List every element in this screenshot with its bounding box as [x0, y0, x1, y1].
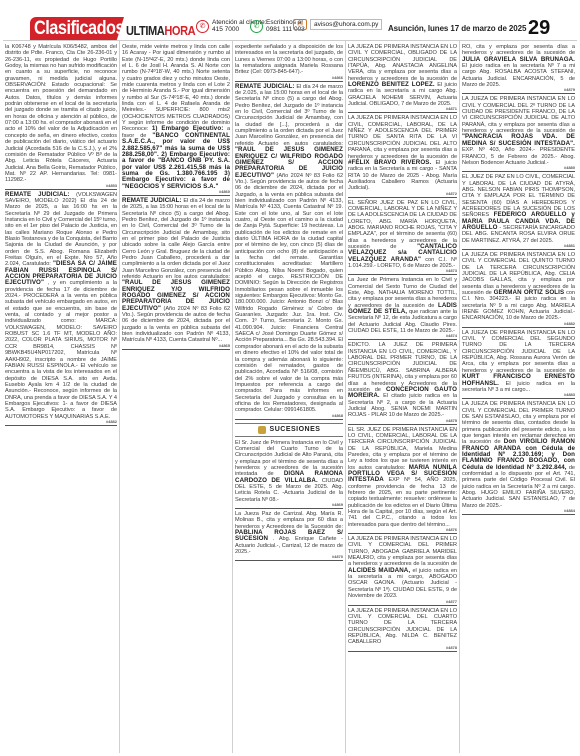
sucesiones-section-header: SUCESIONES: [235, 423, 343, 437]
column-3: expediente señalado y a disposición de l…: [233, 41, 346, 753]
notice-code: #4877: [348, 600, 457, 604]
classified-notice: REMATE JUDICIAL: El día 24 de marzo de 2…: [235, 83, 343, 420]
column-5: RO, cita y emplaza por sesenta días a he…: [460, 41, 577, 753]
column-2: Oeste, mide veinte metros y linda con ca…: [120, 41, 233, 753]
notice-body: LA JUEZA DE PRIMERA INSTANCIA EN LO CIVI…: [348, 115, 457, 159]
notice-text: LA JUEZA DE PRIMERA INSTANCIA EN LO CIVI…: [462, 330, 575, 393]
notice-bold-name: REMATE JUDICIAL:: [235, 83, 295, 90]
notice-body: Oeste, mide veinte metros y linda con ca…: [122, 44, 230, 132]
classifieds-columns: la K06748 y Matrícula K06/5482, ambos de…: [3, 41, 577, 753]
envelope-icon: ✉: [293, 19, 307, 30]
notice-code: #4884: [462, 509, 575, 513]
phone-icon: ✆: [196, 20, 209, 33]
notice-text: La Juez de Primera Instancia en lo Civil…: [348, 277, 457, 334]
notice-code: #4883: [462, 393, 575, 397]
notice-code: #4870: [235, 555, 343, 559]
classified-notice: REMATE JUDICIAL: (VOLKSWAGEN SAVEIRO, MO…: [5, 191, 117, 426]
notice-bold-name: GERMAN ORTIZ SOLIS: [494, 289, 565, 296]
notice-text: EL SR. JUEZ DE PRIMERA INSTANCIA EN LO C…: [348, 427, 457, 529]
notice-body: La Jueza Paz de Carrizal. Abg. María R. …: [235, 511, 343, 530]
notice-code: #4874: [348, 334, 457, 338]
classified-notice: La Juez de Primera Instancia en lo Civil…: [348, 276, 457, 340]
notice-text: LA JUEZA DE PRIMERA INSTANCIA EN LO CIVI…: [348, 608, 457, 646]
notice-bold-name: "BANCO CONTINENTAL S.A.E.C.A., por valor…: [122, 132, 230, 190]
classified-notice: La Jueza Paz de Carrizal. Abg. María R. …: [235, 510, 343, 561]
notice-code: #4860: [122, 190, 230, 194]
notice-body: LA JUEZA DE PRIMERA INSTANCIA EN LO CIVI…: [462, 330, 575, 374]
notice-text: EL SEÑOR JUEZ DE PAZ EN LO CIVIL, COMERC…: [348, 200, 457, 270]
notice-body: El día 24 de marzo de 2025, a las 15:00 …: [122, 198, 230, 280]
notice-body: LA JUEZA DE PRIMERA INSTANCIA EN LO CIVI…: [348, 536, 457, 567]
classified-notice: RO, cita y emplaza por sesenta días a he…: [462, 43, 575, 94]
notice-body: (Año 2024 Nº 83 Folio 62 Vto.). Según pr…: [235, 173, 343, 414]
dateline: Asunción, lunes 17 de marzo de 2025: [388, 24, 526, 33]
notice-text: El Sr. Juez de Primera Instancia en lo C…: [235, 440, 343, 503]
notice-text: EDICTO. LA JUEZ DE PRIMERA INSTANCIA EN …: [348, 342, 457, 418]
classified-notice: LA JUEZA DE PRIMERA INSTANCIA EN LO CIVI…: [462, 329, 575, 399]
notice-text: Oeste, mide veinte metros y linda con ca…: [122, 44, 230, 190]
notice-code: #4866: [235, 76, 343, 80]
notice-code: #4879: [462, 88, 575, 92]
notice-text: REMATE JUDICIAL: (VOLKSWAGEN SAVEIRO, MO…: [5, 192, 117, 420]
page-header: Clasificados ULTIMAHORA ✆ Atención al cl…: [0, 0, 580, 40]
notice-code: #4881: [462, 244, 575, 248]
notice-code: #4869: [235, 503, 343, 507]
classified-notice: EL JUEZ DE PAZ EN LO CIVIL, COMERCIAL Y …: [462, 173, 575, 250]
classified-notice: LA JUEZA DE PRIMERA INSTANCIA EN LO CIVI…: [462, 251, 575, 328]
classified-notice: LA JUEZA DE PRIMERA INSTANCIA EN LO CIVI…: [348, 607, 457, 652]
notice-code: #4878: [348, 646, 457, 650]
notice-body: (VOLKSWAGEN SAVEIRO, MODELO 2022) El día…: [5, 192, 117, 268]
notice-text: LA JUEZA DE PRIMERA INSTANCIA EN LO CIVI…: [462, 96, 575, 166]
section-banner: Clasificados: [30, 17, 124, 41]
notice-body: RO, cita y emplaza por sesenta días a he…: [462, 44, 575, 56]
notice-text: LA JUEZA DE PRIMERA INSTANCIA EN LO CIVI…: [348, 536, 457, 599]
notice-text: REMATE JUDICIAL: El día 24 de marzo de 2…: [235, 84, 343, 414]
notice-bold-name: #FÉLIX BRAVO RIVEROS.: [348, 159, 431, 166]
classified-notice: LA JUEZA DE PRIMERA INSTANCIA EN LO CIVI…: [348, 43, 457, 113]
notice-text: LA JUEZA DE PRIMERA INSTANCIA EN LO CIVI…: [348, 44, 457, 107]
notice-code: #4880: [462, 166, 575, 170]
classified-notice: expediente señalado y a disposición de l…: [235, 43, 343, 82]
classified-notice: EL SR. JUEZ DE PRIMERA INSTANCIA EN LO C…: [348, 426, 457, 535]
notice-text: la K06748 y Matrícula K06/5482, ambos de…: [5, 44, 117, 184]
notice-bold-name: ALCIDES MAIDANA,: [348, 567, 410, 574]
notice-code: #4882: [5, 420, 117, 424]
column-4: LA JUEZA DE PRIMERA INSTANCIA EN LO CIVI…: [346, 41, 460, 753]
notice-code: #4875: [348, 419, 457, 423]
notice-code: #4882: [462, 322, 575, 326]
notice-text: La Jueza Paz de Carrizal. Abg. María R. …: [235, 511, 343, 555]
notice-text: expediente señalado y a disposición de l…: [235, 44, 343, 76]
notice-code: #4872: [348, 192, 457, 196]
notice-code: #4865: [122, 344, 230, 348]
newspaper-logo: ULTIMAHORA: [126, 23, 195, 38]
whatsapp-icon: ✆: [250, 20, 263, 33]
notice-text: RO, cita y emplaza por sesenta días a he…: [462, 44, 575, 88]
classified-notice: LA JUEZA DE PRIMERA INSTANCIA EN LO CIVI…: [462, 95, 575, 172]
classified-notice: EDICTO. LA JUEZ DE PRIMERA INSTANCIA EN …: [348, 341, 457, 424]
classified-notice: LA JUEZA DE PRIMERA INSTANCIA EN LO CIVI…: [348, 535, 457, 605]
section-title: SUCESIONES: [270, 426, 321, 433]
notice-text: REMATE JUDICIAL: El día 24 de marzo de 2…: [122, 198, 230, 344]
classified-notice: EL SEÑOR JUEZ DE PAZ EN LO CIVIL, COMERC…: [348, 199, 457, 276]
notice-body: El juicio radica en la secretaría Nº 7 a…: [462, 63, 575, 88]
notice-body: , y en cumplimiento a la providencia de …: [5, 280, 117, 419]
notice-body: de conformidad a lo dispuesto por el Art…: [462, 465, 575, 509]
notice-code: #4868: [235, 414, 343, 418]
notice-body: EXP Nº 54, AÑO 2025, conforme providenci…: [348, 477, 457, 527]
email-contact: ✉ avisos@uhora.com.py: [293, 19, 382, 30]
notice-bold-name: LORENZO BENITEZ LOPEZ.: [348, 81, 435, 88]
notice-code: #4873: [348, 269, 457, 273]
notice-text: LA JUEZA DE PRIMERA INSTANCIA EN LO CIVI…: [348, 115, 457, 191]
classified-notice: LA JUEZA DE PRIMERA INSTANCIA EN LO CIVI…: [348, 114, 457, 197]
notice-bold-name: "PANCRACIA ROJAS VDA. DE MEDINA S/ SUCES…: [462, 133, 575, 146]
notice-bold-name: REMATE JUDICIAL:: [5, 191, 70, 198]
notice-body: LA JUEZA DE PRIMERA INSTANCIA EN LO CIVI…: [348, 44, 457, 82]
notice-body: LA JUEZA DE PRIMERA INSTANCIA EN LO CIVI…: [348, 608, 457, 646]
notice-body: El día 24 de marzo de 2.025, a las 15:00…: [235, 84, 343, 147]
section-icon: [258, 426, 266, 434]
notice-code: #4871: [348, 107, 457, 111]
notice-body: la K06748 y Matrícula K06/5482, ambos de…: [5, 44, 117, 183]
classified-notice: El Sr. Juez de Primera Instancia en lo C…: [235, 439, 343, 509]
email-link[interactable]: avisos@uhora.com.py: [310, 19, 382, 30]
classified-notice: REMATE JUDICIAL: El día 24 de marzo de 2…: [122, 197, 230, 350]
notice-code: #4853: [5, 184, 117, 188]
notice-bold-name: REMATE JUDICIAL:: [122, 197, 182, 204]
section-title: Clasificados: [34, 18, 124, 40]
notice-body: LA JUEZA DE PRIMERA INSTANCIA EN LO CIVI…: [462, 96, 575, 134]
notice-text: EL JUEZ DE PAZ EN LO CIVIL, COMERCIAL Y …: [462, 174, 575, 244]
notice-body: expediente señalado y a disposición de l…: [235, 44, 343, 75]
classified-notice: la K06748 y Matrícula K06/5482, ambos de…: [5, 43, 117, 190]
page-number: 29: [528, 17, 550, 40]
notice-body: EXP. Nº 403, Año 2024.- PRESIDENTE FRANC…: [462, 147, 575, 166]
notice-body: (Año 2024 Nº 83 Folio 62 Vto.). Según pr…: [122, 306, 230, 344]
notice-text: LA JUEZA DE PRIMERA INSTANCIA EN LO CIVI…: [462, 401, 575, 509]
notice-bold-name: JULIA GRAVIELA SILVA BRUNAGA.: [462, 56, 575, 63]
classified-notice: LA JUEZA DE PRIMERA INSTANCIA EN LO CIVI…: [462, 400, 575, 515]
notice-text: LA JUEZA DE PRIMERA INSTANCIA EN LO CIVI…: [462, 252, 575, 322]
column-1: la K06748 y Matrícula K06/5482, ambos de…: [3, 41, 120, 753]
notice-code: #4876: [348, 528, 457, 532]
classified-notice: Oeste, mide veinte metros y linda con ca…: [122, 43, 230, 196]
